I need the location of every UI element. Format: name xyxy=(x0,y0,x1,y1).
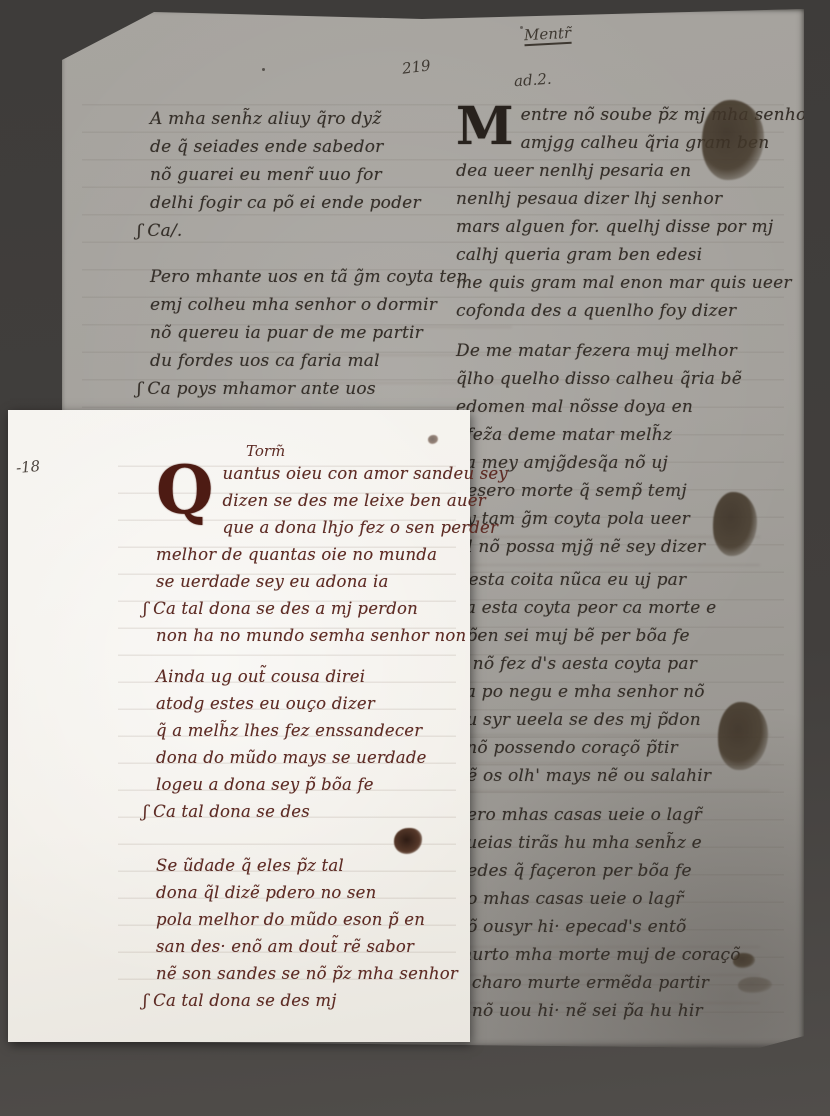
page-specks xyxy=(262,68,265,71)
verse-line: du fordes uos ca faria mal xyxy=(150,347,460,375)
verse-line: Aesta coita nũca eu uj par xyxy=(456,566,806,594)
verse-line: logeu a dona sey p̃ bõa fe xyxy=(156,771,461,798)
verse-line: De me matar fezera muj melhor xyxy=(456,337,806,365)
insert-heading: Torm̃ xyxy=(246,442,285,460)
header-title: Mentr̃ xyxy=(524,24,572,44)
verse-line: e nõ uou hi· nẽ sei p̃a hu hir xyxy=(456,997,806,1025)
insert-stanza-3: Se ũdade q̃ eles p̃z taldona q̃l dizẽ pd… xyxy=(156,852,461,1014)
insert-margin-note: -18 xyxy=(15,457,41,477)
verse-line: nẽ son sandes se nõ p̃z mha senhor xyxy=(156,960,461,987)
verse-line: ʃ Ca tal dona se des xyxy=(156,798,461,825)
verse-line: Se ũdade q̃ eles p̃z tal xyxy=(156,852,461,879)
verse-line: edomen mal nõsse doya en xyxy=(456,393,806,421)
verse-line: A mha senh̃z aliuy q̃ro dyz̃ xyxy=(150,105,460,133)
ink-speck xyxy=(428,435,438,444)
illuminated-initial: Q xyxy=(156,464,214,516)
verse-line: Pero mhante uos en tã g̃m coyta ten xyxy=(150,263,460,291)
verse-line: non ha no mundo semha senhor non xyxy=(156,622,461,649)
verse-line: nẽ os olh' mays nẽ ou salahir xyxy=(456,762,806,790)
verse-line: mars alguen for. quelhj disse por mj xyxy=(456,213,806,241)
verse-line: san des· enõ am dout̃ rẽ sabor xyxy=(156,933,461,960)
verse-line: pola melhor do mũdo eson p̃ en xyxy=(156,906,461,933)
verse-line: ʃ Ca tal dona se des mj xyxy=(156,987,461,1014)
verse-line: delhi fogir ca põ ei ende poder xyxy=(150,189,460,217)
verse-line: ʃ Ca tal dona se des a mj perdon xyxy=(156,595,461,622)
verse-line: q̃ a melh̃z lhes fez enssandecer xyxy=(156,717,461,744)
verse-line: ca po negu e mha senhor nõ xyxy=(456,678,806,706)
verse-line: ep̃en sei muj bẽ per bõa fe xyxy=(456,622,806,650)
verse-line: dona do mũdo mays se uerdade xyxy=(156,744,461,771)
verse-line: nõ ousyr hi· epecad's entõ xyxy=(456,913,806,941)
verse-line: desero morte q̃ semp̃ temj xyxy=(456,477,806,505)
verse-line: Ainda ug out̃ cousa direi xyxy=(156,663,461,690)
header-note: ad.2. xyxy=(513,70,552,91)
facsimile-insert: -18 Torm̃ Quantus oieu con amor sandeu s… xyxy=(8,410,470,1042)
verse-line: se uerdade sey eu adona ia xyxy=(156,568,461,595)
illuminated-initial: M xyxy=(456,104,514,150)
verse-line: q̃ nõ fez d's aesta coyta par xyxy=(456,650,806,678)
verse-line: emj colheu mha senhor o dormir xyxy=(150,291,460,319)
verse-line: me quis gram mal enon mar quis ueer xyxy=(456,269,806,297)
left-stanza-1: A mha senh̃z aliuy q̃ro dyz̃de q̃ seiade… xyxy=(150,105,460,245)
verse-line: eueias tirãs hu mha senh̃z e xyxy=(456,829,806,857)
verse-line: atodg estes eu ouço dizer xyxy=(156,690,461,717)
verse-line: efez̃a deme matar melh̃z xyxy=(456,421,806,449)
verse-line: po mhas casas ueie o lagr̃ xyxy=(456,885,806,913)
verse-line: dona q̃l dizẽ pdero no sen xyxy=(156,879,461,906)
verse-line: uedes q̃ façeron per bõa fe xyxy=(456,857,806,885)
verse-line: cofonda des a quenlho foy dizer xyxy=(456,297,806,325)
verse-line: melhor de quantas oie no munda xyxy=(156,541,461,568)
verse-line: ca esta coyta peor ca morte e xyxy=(456,594,806,622)
page-number: 219 xyxy=(401,56,432,77)
verse-line: nõ quereu ia puar de me partir xyxy=(150,319,460,347)
left-stanza-2: Pero mhante uos en tã g̃m coyta tenemj c… xyxy=(150,263,460,403)
verse-line: nenlhj pesaua dizer lhj senhor xyxy=(456,185,806,213)
verse-line: ʃ Ca/. xyxy=(150,217,460,245)
ink-blot xyxy=(394,828,422,854)
verse-line: ʃ Ca poys mhamor ante uos xyxy=(150,375,460,403)
manuscript-photo: 219 Mentr̃ ad.2. A mha senh̃z aliuy q̃ro… xyxy=(0,0,830,1116)
verse-line: de q̃ seiades ende sabedor xyxy=(150,133,460,161)
insert-stanza-2: Ainda ug out̃ cousa direiatodg estes eu … xyxy=(156,663,461,825)
insert-stanza-1: Quantus oieu con amor sandeu seydizen se… xyxy=(156,460,461,649)
verse-line: Pero mhas casas ueie o lagr̃ xyxy=(456,801,806,829)
verse-line: nõ guarei eu menr̃ uuo for xyxy=(150,161,460,189)
verse-line: calhj queria gram ben edesi xyxy=(456,241,806,269)
verse-line: ca mey amjg̃desq̃a nõ uj xyxy=(456,449,806,477)
verse-line: q̃lho quelho disso calheu q̃ria bẽ xyxy=(456,365,806,393)
verse-line: murto mha morte muj de coraçõ xyxy=(456,941,806,969)
